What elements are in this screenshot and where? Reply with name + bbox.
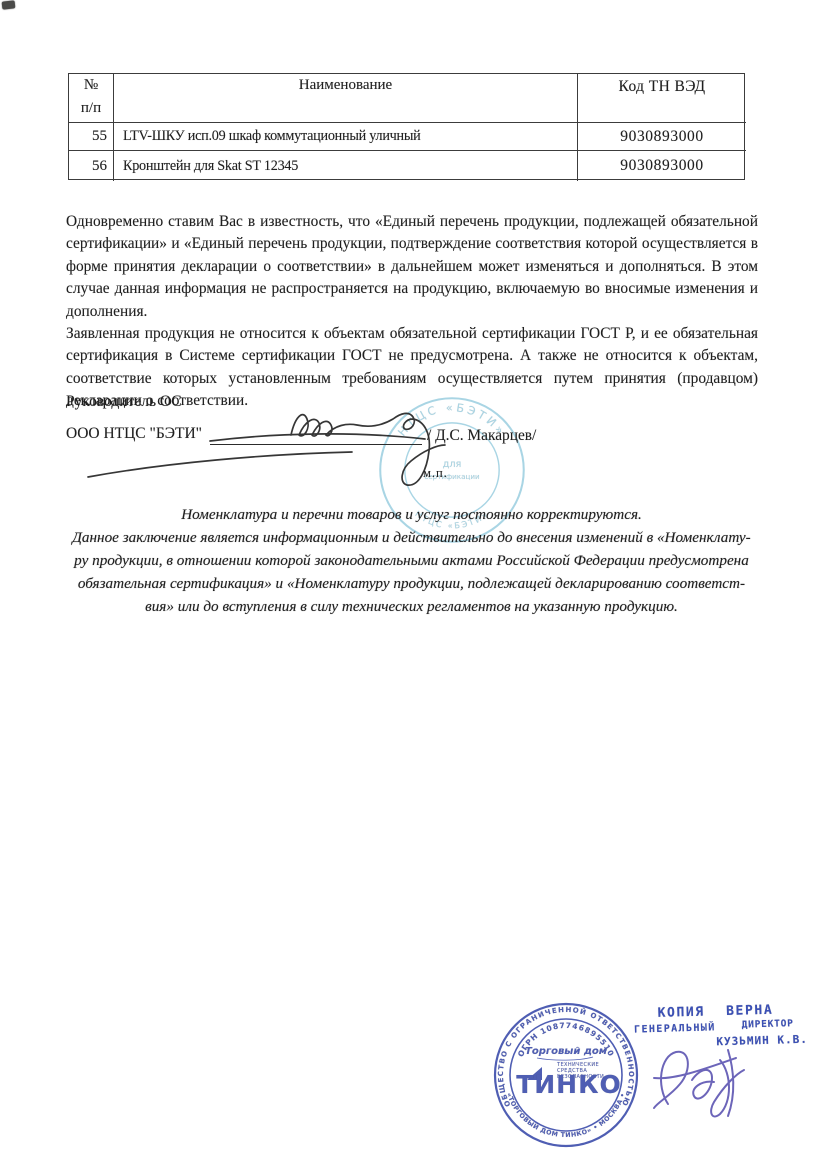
paragraph-changes-notice: Одновременно ставим Вас в известность, ч… bbox=[66, 211, 758, 323]
scan-artifact bbox=[2, 0, 16, 9]
tinko-logo-text: ТИНКО bbox=[516, 1070, 622, 1099]
general-director-signature bbox=[640, 1040, 770, 1136]
signature-strokes bbox=[291, 413, 445, 485]
signature-stroke bbox=[654, 1052, 688, 1108]
table-header-name: Наименование bbox=[114, 74, 578, 123]
validity-footnote: Номенклатура и перечни товаров и услуг п… bbox=[50, 503, 773, 618]
scanned-document-page: № п/п Наименование Код ТН ВЭД 55 LTV-ШКУ… bbox=[0, 0, 823, 1165]
header-num-line2: п/п bbox=[81, 100, 101, 117]
table-row-num: 55 bbox=[69, 123, 114, 151]
table-row-name: Кронштейн для Skat ST 12345 bbox=[114, 151, 578, 181]
table-row-code: 9030893000 bbox=[578, 123, 746, 151]
table-header-num: № п/п bbox=[69, 74, 114, 123]
table-row-num: 56 bbox=[69, 151, 114, 181]
copy-stamp-role-left: ГЕНЕРАЛЬНЫЙ bbox=[634, 1022, 716, 1035]
director-handwritten-signature bbox=[75, 395, 455, 493]
table-row-code: 9030893000 bbox=[578, 151, 746, 181]
tinko-round-stamp: ОБЩЕСТВО С ОГРАНИЧЕННОЙ ОТВЕТСТВЕННОСТЬЮ… bbox=[481, 990, 651, 1160]
products-table: № п/п Наименование Код ТН ВЭД 55 LTV-ШКУ… bbox=[68, 73, 745, 180]
signature-swoosh bbox=[88, 452, 352, 477]
tinko-script-text: Торговый дом bbox=[525, 1046, 607, 1057]
body-text: Одновременно ставим Вас в известность, ч… bbox=[66, 211, 758, 413]
signature-stroke bbox=[711, 1060, 744, 1116]
table-row-name: LTV-ШКУ исп.09 шкаф коммутационный уличн… bbox=[114, 123, 578, 151]
signature-stroke bbox=[692, 1070, 714, 1099]
table-header-code: Код ТН ВЭД bbox=[578, 74, 746, 123]
tinko-script-underline bbox=[537, 1057, 593, 1060]
header-num-line1: № bbox=[84, 77, 98, 94]
copy-stamp-role-right: ДИРЕКТОР bbox=[741, 1018, 793, 1030]
